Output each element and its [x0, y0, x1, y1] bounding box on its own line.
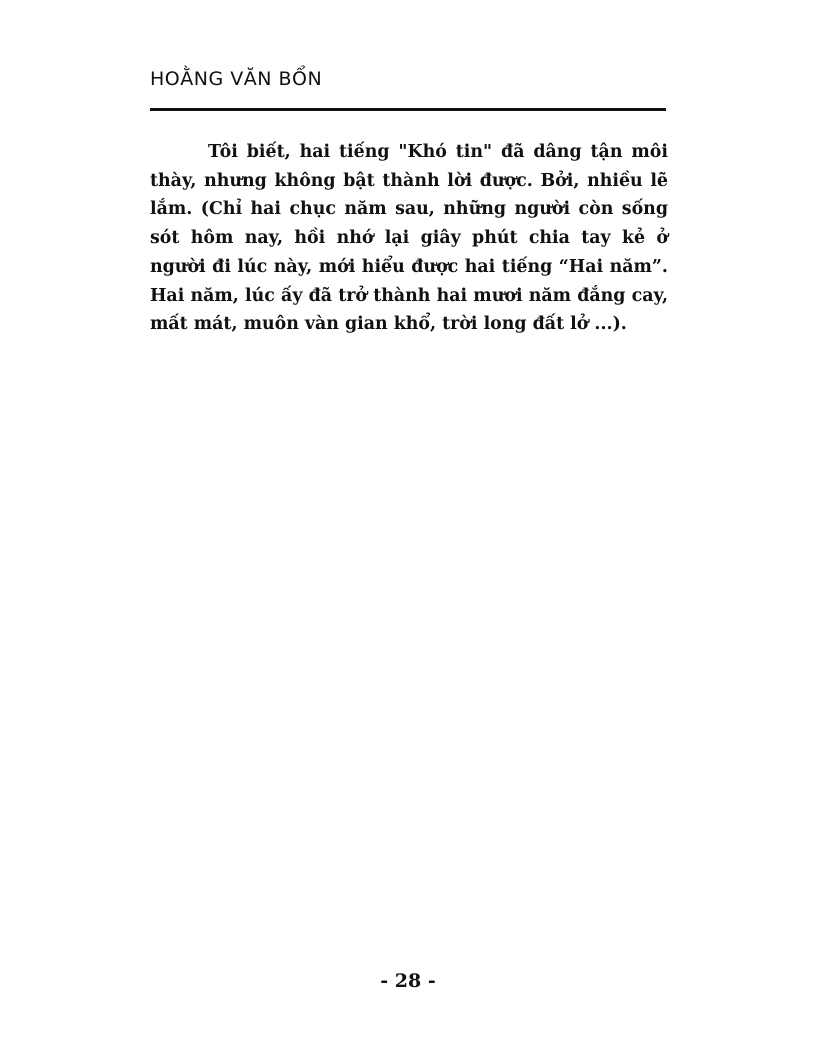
paragraph: Tôi biết, hai tiếng "Khó tin" đã dâng tậ… — [150, 138, 668, 339]
page-number: - 28 - — [0, 970, 816, 992]
document-page: HOẰNG VĂN BỔN Tôi biết, hai tiếng "Khó t… — [0, 0, 816, 1056]
body-text: Tôi biết, hai tiếng "Khó tin" đã dâng tậ… — [150, 138, 668, 339]
header-rule — [150, 108, 666, 111]
running-header: HOẰNG VĂN BỔN — [150, 68, 322, 90]
